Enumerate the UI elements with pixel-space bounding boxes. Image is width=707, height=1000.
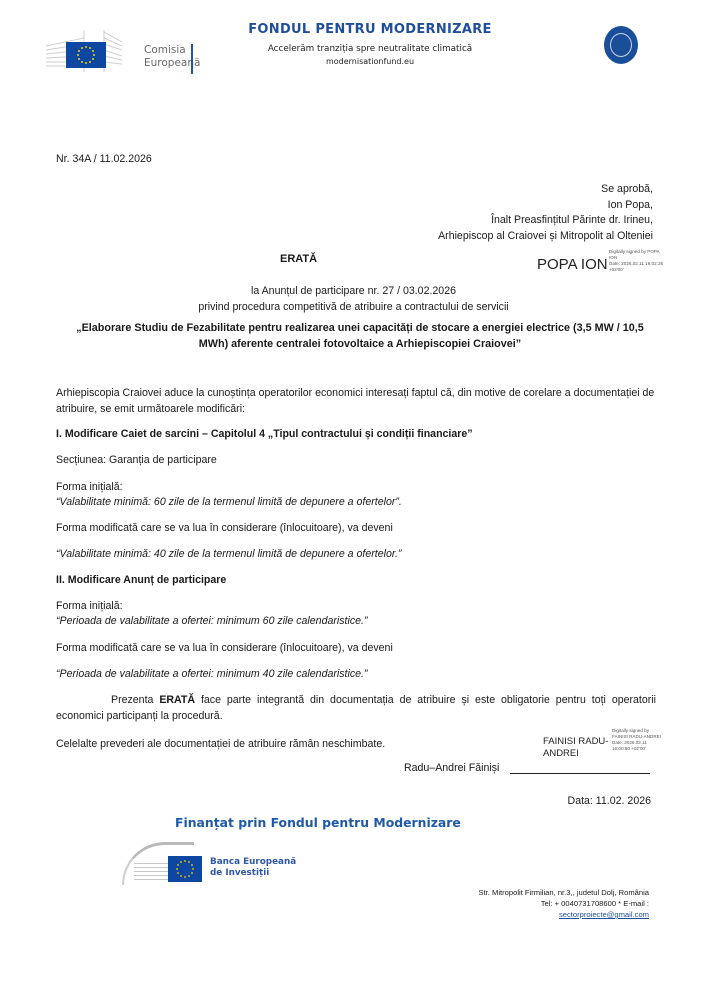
section2-modified-text: “Perioada de valabilitate a ofertei: min… bbox=[56, 668, 656, 681]
header-url: modernisationfund.eu bbox=[200, 57, 540, 66]
subtitle-announcement: la Anunțul de participare nr. 27 / 03.02… bbox=[0, 285, 707, 298]
signature-meta-line: 16:00:50 +02'00' bbox=[612, 746, 682, 752]
european-commission-logo: Comisia Europeană bbox=[44, 28, 194, 78]
document-date: Data: 11.02. 2026 bbox=[568, 795, 651, 808]
signature-meta-line: +02'00' bbox=[609, 267, 675, 273]
section1-heading: I. Modificare Caiet de sarcini – Capitol… bbox=[56, 428, 656, 441]
romanian-government-seal-icon bbox=[604, 26, 638, 64]
eib-logo: Banca Europeană de Investiții bbox=[122, 842, 302, 892]
section1-initial-text: “Valabilitate minimă: 60 zile de la term… bbox=[56, 496, 656, 509]
signature-line bbox=[510, 773, 650, 774]
contact-address-block: Str. Mitropolit Firmilian, nr.3,, judetu… bbox=[479, 887, 650, 920]
signature-name-line: ANDREI bbox=[543, 748, 608, 760]
approval-line: Ion Popa, bbox=[438, 198, 653, 214]
closing-bold: ERATĂ bbox=[159, 694, 195, 706]
digital-signature-popa-details: Digitally signed by POPA ION Date: 2026.… bbox=[609, 249, 675, 273]
approval-block: Se aprobă, Ion Popa, Înalt Preasfințitul… bbox=[438, 182, 653, 244]
section1-subsection: Secțiunea: Garanția de participare bbox=[56, 454, 656, 467]
header-title: FONDUL PENTRU MODERNIZARE bbox=[200, 22, 540, 37]
section2-modified-label: Forma modificată care se va lua în consi… bbox=[56, 642, 656, 655]
digital-signature-fainisi-name: FAINISI RADU- ANDREI bbox=[543, 736, 608, 760]
approval-line: Se aprobă, bbox=[438, 182, 653, 198]
section2-initial-text: “Perioada de valabilitate a ofertei: min… bbox=[56, 615, 656, 628]
approval-line: Înalt Preasfințitul Părinte dr. Irineu, bbox=[438, 213, 653, 229]
eib-line2: de Investiții bbox=[210, 868, 296, 879]
eib-line1: Banca Europeană bbox=[210, 857, 296, 868]
logo-divider bbox=[191, 44, 193, 74]
closing-pre: Prezenta bbox=[111, 694, 159, 706]
section2-heading: II. Modificare Anunț de participare bbox=[56, 574, 656, 587]
section2-initial-label: Forma inițială: bbox=[56, 600, 656, 613]
eu-flag-icon bbox=[168, 856, 202, 882]
document-number: Nr. 34A / 11.02.2026 bbox=[56, 153, 152, 166]
section1-modified-label: Forma modificată care se va lua în consi… bbox=[56, 522, 656, 535]
contact-line: Tel: + 0040731708600 * E-mail : bbox=[479, 898, 650, 909]
header-subtitle: Accelerăm tranziția spre neutralitate cl… bbox=[200, 44, 540, 54]
section1-modified-text: “Valabilitate minimă: 40 zile de la term… bbox=[56, 548, 656, 561]
eu-flag-icon bbox=[66, 42, 106, 68]
eib-logo-text: Banca Europeană de Investiții bbox=[210, 857, 296, 879]
funded-by-text: Finanțat prin Fondul pentru Modernizare bbox=[175, 815, 461, 830]
subtitle-procedure: privind procedura competitivă de atribui… bbox=[0, 301, 707, 314]
section1-initial-label: Forma inițială: bbox=[56, 481, 656, 494]
document-title: ERATĂ bbox=[280, 253, 317, 265]
email-link[interactable]: sectorproiecte@gmail.com bbox=[559, 910, 649, 919]
approval-line: Arhiepiscop al Craiovei și Mitropolit al… bbox=[438, 229, 653, 245]
project-title: „Elaborare Studiu de Fezabilitate pentru… bbox=[70, 320, 650, 352]
digital-signature-popa-name: POPA ION bbox=[537, 256, 608, 273]
digital-signature-fainisi-details: Digitally signed by FAINISI RADU-ANDREI … bbox=[612, 728, 682, 752]
signer-name: Radu–Andrei Făiniși bbox=[404, 762, 499, 775]
address-line: Str. Mitropolit Firmilian, nr.3,, judetu… bbox=[479, 887, 650, 898]
closing-paragraph: Prezenta ERATĂ face parte integrantă din… bbox=[56, 693, 656, 724]
signature-name-line: FAINISI RADU- bbox=[543, 736, 608, 748]
intro-paragraph: Arhiepiscopia Craiovei aduce la cunoștin… bbox=[56, 386, 656, 417]
